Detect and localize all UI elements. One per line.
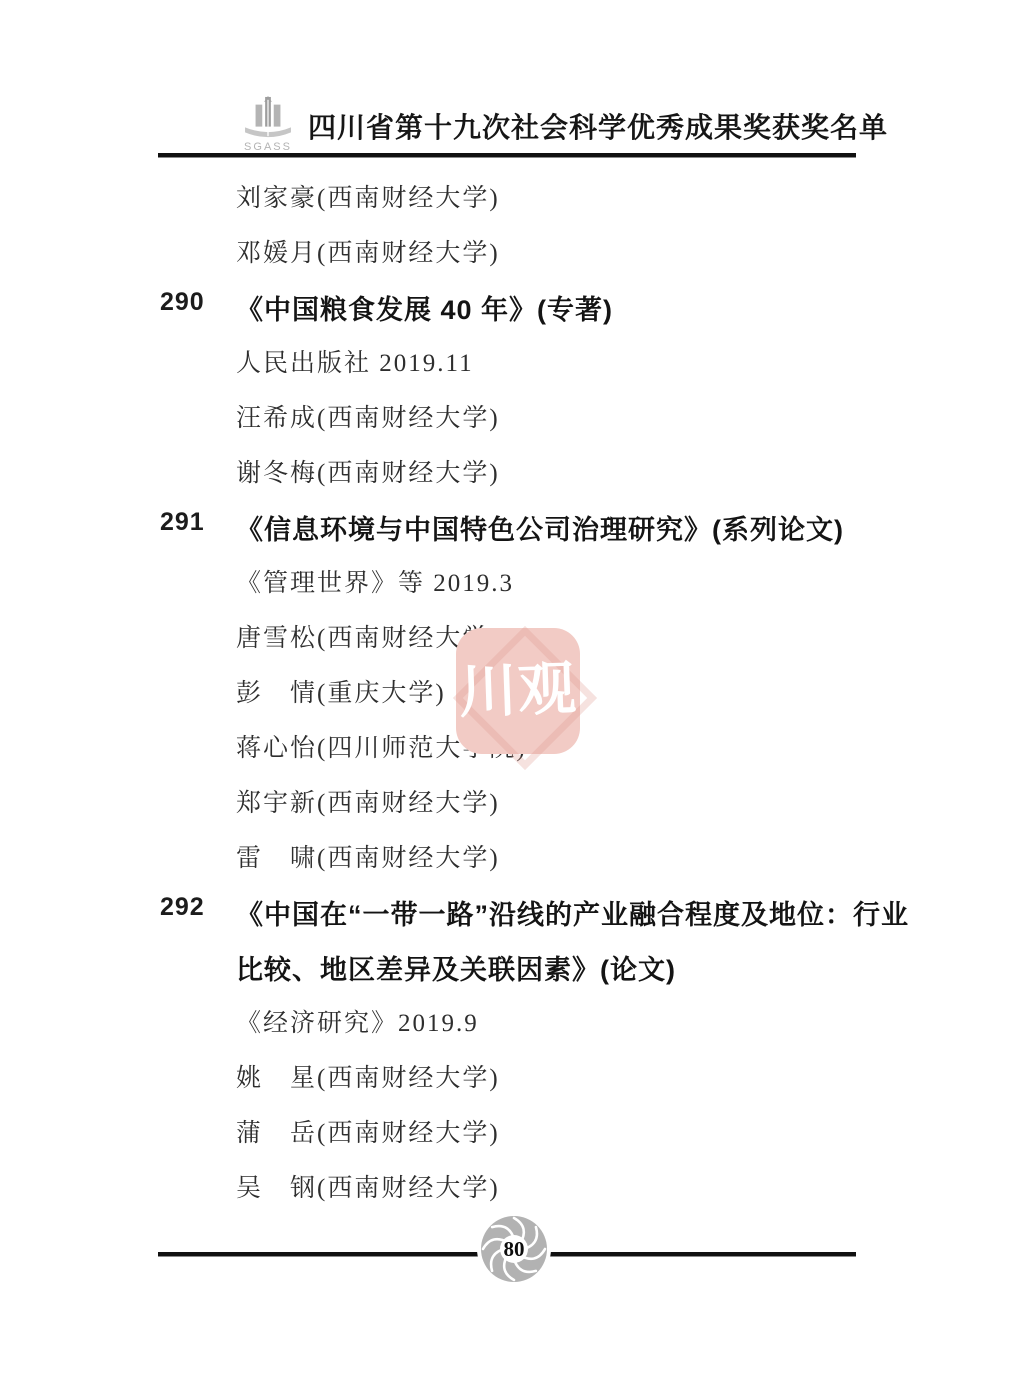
document-page: SGASS 四川省第十九次社会科学优秀成果奖获奖名单 刘家豪(西南财经大学) 邓…: [0, 0, 1024, 1380]
source-line: 人民出版社 2019.11: [160, 343, 880, 398]
award-list: 刘家豪(西南财经大学) 邓媛月(西南财经大学) 290 《中国粮食发展 40 年…: [160, 178, 880, 1223]
member-name: 唐雪松(西南财经大学): [236, 618, 500, 654]
member-name: 刘家豪(西南财经大学): [236, 178, 500, 214]
member-line: 唐雪松(西南财经大学): [160, 618, 880, 673]
member-name: 雷 啸(西南财经大学): [236, 838, 500, 874]
publication-source: 《管理世界》等 2019.3: [236, 563, 514, 599]
page-title: 四川省第十九次社会科学优秀成果奖获奖名单: [308, 106, 888, 146]
page-number-ornament: 80: [476, 1211, 552, 1287]
member-name: 蒋心怡(四川师范大学院): [236, 728, 527, 764]
publication-source: 《经济研究》2019.9: [236, 1003, 479, 1039]
award-title: 《中国在“一带一路”沿线的产业融合程度及地位：行业: [236, 893, 909, 932]
award-title-continued: 比较、地区差异及关联因素》(论文): [236, 948, 676, 987]
member-name: 蒲 岳(西南财经大学): [236, 1113, 500, 1149]
member-line: 汪希成(西南财经大学): [160, 398, 880, 453]
member-name: 郑宇新(西南财经大学): [236, 783, 500, 819]
member-name: 邓媛月(西南财经大学): [236, 233, 500, 269]
award-title: 《中国粮食发展 40 年》(专著): [236, 288, 613, 327]
sgass-logo-label: SGASS: [233, 141, 303, 153]
member-line: 谢冬梅(西南财经大学): [160, 453, 880, 508]
member-name: 彭 情(重庆大学): [236, 673, 446, 709]
publication-source: 人民出版社 2019.11: [236, 343, 474, 379]
award-title-line: 比较、地区差异及关联因素》(论文): [160, 948, 880, 1003]
member-line: 蒲 岳(西南财经大学): [160, 1113, 880, 1168]
award-title-line: 292 《中国在“一带一路”沿线的产业融合程度及地位：行业: [160, 893, 880, 948]
entry-number: 290: [160, 288, 236, 317]
member-name: 谢冬梅(西南财经大学): [236, 453, 500, 489]
award-title-line: 290 《中国粮食发展 40 年》(专著): [160, 288, 880, 343]
member-line: 邓媛月(西南财经大学): [160, 233, 880, 288]
award-title: 《信息环境与中国特色公司治理研究》(系列论文): [236, 508, 844, 547]
member-line: 刘家豪(西南财经大学): [160, 178, 880, 233]
swirl-ornament-icon: 80: [476, 1211, 552, 1287]
sgass-logo: SGASS: [233, 96, 303, 153]
member-name: 汪希成(西南财经大学): [236, 398, 500, 434]
sgass-building-icon: [239, 96, 297, 140]
header-rule: [158, 153, 856, 158]
member-name: 吴 钢(西南财经大学): [236, 1168, 500, 1204]
member-line: 姚 星(西南财经大学): [160, 1058, 880, 1113]
member-line: 彭 情(重庆大学): [160, 673, 880, 728]
entry-number: 292: [160, 893, 236, 922]
source-line: 《经济研究》2019.9: [160, 1003, 880, 1058]
member-line: 雷 啸(西南财经大学): [160, 838, 880, 893]
member-name: 姚 星(西南财经大学): [236, 1058, 500, 1094]
member-line: 郑宇新(西南财经大学): [160, 783, 880, 838]
entry-number: 291: [160, 508, 236, 537]
award-title-line: 291 《信息环境与中国特色公司治理研究》(系列论文): [160, 508, 880, 563]
page-number: 80: [504, 1237, 525, 1261]
source-line: 《管理世界》等 2019.3: [160, 563, 880, 618]
member-line: 蒋心怡(四川师范大学院): [160, 728, 880, 783]
